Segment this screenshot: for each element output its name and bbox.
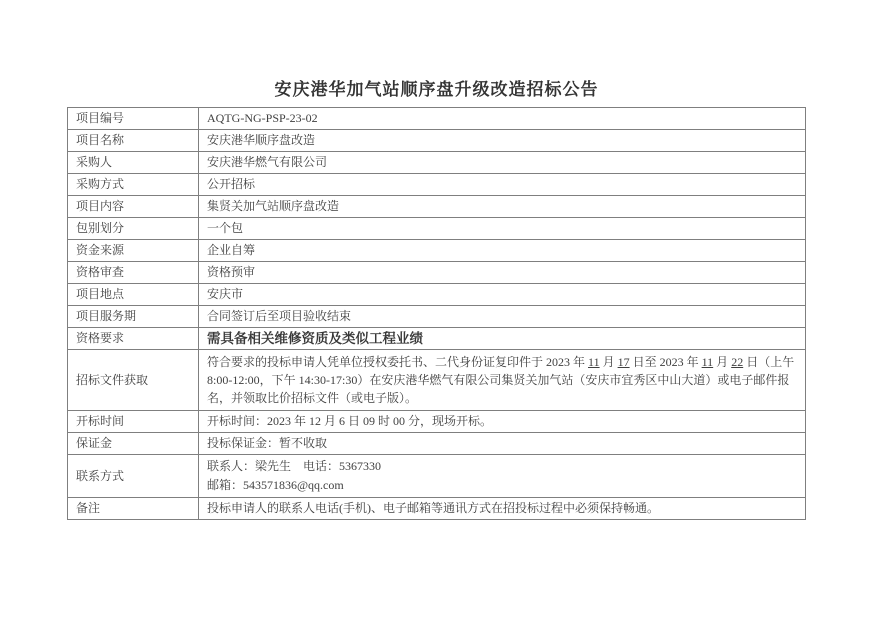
table-row-bid-opening-time: 开标时间 开标时间：2023 年 12 月 6 日 09 时 00 分，现场开标… (68, 411, 806, 433)
row-label: 采购方式 (68, 174, 199, 196)
row-label: 采购人 (68, 152, 199, 174)
contact-email: 邮箱：543571836@qq.com (207, 476, 799, 495)
row-label: 项目地点 (68, 284, 199, 306)
table-row-project-content: 项目内容 集贤关加气站顺序盘改造 (68, 196, 806, 218)
row-value: 企业自筹 (199, 240, 806, 262)
row-value: 投标保证金：暂不收取 (199, 433, 806, 455)
table-row-qualification-requirements: 资格要求 需具备相关维修资质及类似工程业绩 (68, 328, 806, 350)
table-row-project-name: 项目名称 安庆港华顺序盘改造 (68, 130, 806, 152)
table-row-purchaser: 采购人 安庆港华燃气有限公司 (68, 152, 806, 174)
underlined-date: 17 (618, 355, 630, 369)
row-value: 开标时间：2023 年 12 月 6 日 09 时 00 分，现场开标。 (199, 411, 806, 433)
row-value: 投标申请人的联系人电话(手机)、电子邮箱等通讯方式在招投标过程中必须保持畅通。 (199, 498, 806, 520)
row-value: 需具备相关维修资质及类似工程业绩 (199, 328, 806, 350)
underlined-date: 22 (731, 355, 743, 369)
row-label: 项目名称 (68, 130, 199, 152)
underlined-date: 11 (702, 355, 714, 369)
doc-text-segment: 符合要求的投标申请人凭单位授权委托书、二代身份证复印件于 2023 年 (207, 355, 588, 369)
row-label: 项目服务期 (68, 306, 199, 328)
row-value: 公开招标 (199, 174, 806, 196)
row-label: 开标时间 (68, 411, 199, 433)
document-page: 安庆港华加气站顺序盘升级改造招标公告 项目编号 AQTG-NG-PSP-23-0… (0, 0, 875, 619)
table-row-contact: 联系方式 联系人：梁先生 电话：5367330 邮箱：543571836@qq.… (68, 455, 806, 498)
row-label: 资格审查 (68, 262, 199, 284)
row-value: 联系人：梁先生 电话：5367330 邮箱：543571836@qq.com (199, 455, 806, 498)
row-value: AQTG-NG-PSP-23-02 (199, 108, 806, 130)
row-value: 安庆市 (199, 284, 806, 306)
row-label: 项目编号 (68, 108, 199, 130)
row-label: 资格要求 (68, 328, 199, 350)
doc-text-segment: 日至 2023 年 (630, 355, 702, 369)
table-row-project-location: 项目地点 安庆市 (68, 284, 806, 306)
contact-person-phone: 联系人：梁先生 电话：5367330 (207, 457, 799, 476)
doc-text-segment: 月 (713, 355, 731, 369)
row-label: 招标文件获取 (68, 350, 199, 411)
row-label: 项目内容 (68, 196, 199, 218)
table-row-remark: 备注 投标申请人的联系人电话(手机)、电子邮箱等通讯方式在招投标过程中必须保持畅… (68, 498, 806, 520)
table-row-document-acquisition: 招标文件获取 符合要求的投标申请人凭单位授权委托书、二代身份证复印件于 2023… (68, 350, 806, 411)
table-row-qualification-review: 资格审查 资格预审 (68, 262, 806, 284)
table-row-funding-source: 资金来源 企业自筹 (68, 240, 806, 262)
row-value: 符合要求的投标申请人凭单位授权委托书、二代身份证复印件于 2023 年 11 月… (199, 350, 806, 411)
row-value: 合同签订后至项目验收结束 (199, 306, 806, 328)
row-label: 保证金 (68, 433, 199, 455)
table-row-package-division: 包别划分 一个包 (68, 218, 806, 240)
row-value: 资格预审 (199, 262, 806, 284)
document-title: 安庆港华加气站顺序盘升级改造招标公告 (67, 75, 806, 100)
table-row-deposit: 保证金 投标保证金：暂不收取 (68, 433, 806, 455)
table-row-service-period: 项目服务期 合同签订后至项目验收结束 (68, 306, 806, 328)
underlined-date: 11 (588, 355, 600, 369)
row-label: 联系方式 (68, 455, 199, 498)
row-value: 安庆港华燃气有限公司 (199, 152, 806, 174)
row-value: 集贤关加气站顺序盘改造 (199, 196, 806, 218)
doc-text-segment: 月 (600, 355, 618, 369)
row-label: 包别划分 (68, 218, 199, 240)
row-label: 备注 (68, 498, 199, 520)
row-value: 一个包 (199, 218, 806, 240)
row-value: 安庆港华顺序盘改造 (199, 130, 806, 152)
table-row-purchase-method: 采购方式 公开招标 (68, 174, 806, 196)
table-row-project-number: 项目编号 AQTG-NG-PSP-23-02 (68, 108, 806, 130)
row-label: 资金来源 (68, 240, 199, 262)
announcement-table: 项目编号 AQTG-NG-PSP-23-02 项目名称 安庆港华顺序盘改造 采购… (67, 107, 806, 520)
